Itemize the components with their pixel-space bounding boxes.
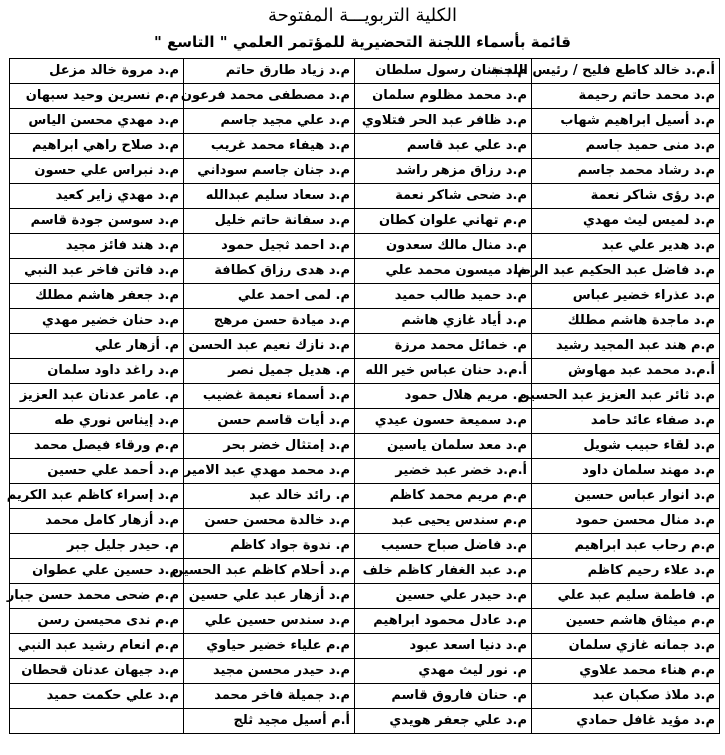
table-row: م.د مهند سلمان داودأ.م.د خضر عبد خضيرم.د… — [10, 459, 720, 484]
member-name-cell: م.م ضحى محمد حسن جبار — [10, 584, 184, 609]
member-name-cell: م.د علاء رحيم كاظم — [532, 559, 720, 584]
member-name-cell: م.د سعاد سليم عبدالله — [184, 184, 355, 209]
document-page: { "document": { "title": "الكلية التربوي… — [0, 0, 725, 755]
member-name-cell: م.د محمد مهدي عبد الامير — [184, 459, 355, 484]
member-name-cell: م.د مؤيد غافل حمادي — [532, 709, 720, 734]
member-name-cell: م.د محمد حاتم رحيمة — [532, 84, 720, 109]
member-name-cell: م.د هند فائز مجيد — [10, 234, 184, 259]
member-name-cell: م. لمى احمد علي — [184, 284, 355, 309]
member-name-cell: م.د زياد طارق حاتم — [184, 59, 355, 84]
table-row: م.د صفاء عائد حامدم.د سميعة حسون عيديم.د… — [10, 409, 720, 434]
member-name-cell: م.م سندس يحيى عبد — [355, 509, 532, 534]
member-name-cell: م. نور ليث مهدي — [355, 659, 532, 684]
member-name-cell: م.د هدير علي عبد — [532, 234, 720, 259]
table-row: م.م ميثاق هاشم حسينم.د عادل محمود ابراهي… — [10, 609, 720, 634]
table-row: م.م هناء محمد علاويم. نور ليث مهديم.د حي… — [10, 659, 720, 684]
member-name-cell: م.د عادل محمود ابراهيم — [355, 609, 532, 634]
member-name-cell: م.د مهدي محسن الياس — [10, 109, 184, 134]
member-name-cell: م. أزهار علي — [10, 334, 184, 359]
member-name-cell: م.د معد سلمان ياسين — [355, 434, 532, 459]
member-name-cell: م.د ضحى شاكر نعمة — [355, 184, 532, 209]
member-name-cell: م.م ميثاق هاشم حسين — [532, 609, 720, 634]
table-row: م.د ثائر عبد العزيز عبد الحسينم. مريم هل… — [10, 384, 720, 409]
member-name-cell: م.د مهدي زاير كعيد — [10, 184, 184, 209]
member-name-cell: م.د جعفر هاشم مطلك — [10, 284, 184, 309]
member-name-cell: م.د علي جعفر هويدي — [355, 709, 532, 734]
member-name-cell: م.د خالدة محسن حسن — [184, 509, 355, 534]
table-row: م.د فاضل عبد الحكيم عبد الرضام.د ميسون م… — [10, 259, 720, 284]
member-name-cell: م.د أزهار كامل محمد — [10, 509, 184, 534]
table-row: م.د انوار عباس حسينم.م مريم محمد كاظمم. … — [10, 484, 720, 509]
member-name-cell: م.د حيدر محسن مجيد — [184, 659, 355, 684]
college-title: الكلية التربويـــة المفتوحة — [0, 0, 725, 27]
member-name-cell: م.د أحلام كاظم عبد الحسين — [184, 559, 355, 584]
member-name-cell: م.د ميادة حسن مرهج — [184, 309, 355, 334]
member-name-cell: م.د فاتن فاخر عبد النبي — [10, 259, 184, 284]
member-name-cell: م.د راغد داود سلمان — [10, 359, 184, 384]
member-name-cell: م.د حسين علي عطوان — [10, 559, 184, 584]
member-name-cell: م. ندوة جواد كاظم — [184, 534, 355, 559]
member-name-cell: م.د سوسن جودة قاسم — [10, 209, 184, 234]
member-name-cell: م. حيدر جليل جبر — [10, 534, 184, 559]
member-name-cell: م.د فاضل عبد الحكيم عبد الرضا — [532, 259, 720, 284]
member-name-cell: م.د عذراء خضير عباس — [532, 284, 720, 309]
member-name-cell: م.د ملاذ صكبان عبد — [532, 684, 720, 709]
member-name-cell: م.م مريم محمد كاظم — [355, 484, 532, 509]
table-row: م.د رشاد محمد جاسمم.د رزاق مزهر راشدم.د … — [10, 159, 720, 184]
table-row: م.د منى حميد جاسمم.د علي عبد قاسمم.د هيف… — [10, 134, 720, 159]
member-name-cell: م.د أحمد علي حسين — [10, 459, 184, 484]
member-name-cell: م.د أسماء نعيمة غضيب — [184, 384, 355, 409]
member-name-cell: م.د احمد ثجيل حمود — [184, 234, 355, 259]
table-row: م.د علاء رحيم كاظمم.د عبد الغفار كاظم خل… — [10, 559, 720, 584]
member-name-cell: م.د رشاد محمد جاسم — [532, 159, 720, 184]
member-name-cell: م.د جميلة فاخر محمد — [184, 684, 355, 709]
table-row: م.د أسيل ابراهيم شهابم.د ظافر عبد الحر ف… — [10, 109, 720, 134]
document-header: الكلية التربويـــة المفتوحة قائمة بأسماء… — [0, 0, 725, 52]
member-name-cell: م.د منال مالك سعدون — [355, 234, 532, 259]
member-name-cell: م.د نبراس علي حسون — [10, 159, 184, 184]
member-name-cell: م.د مصطفى محمد فرعون — [184, 84, 355, 109]
member-name-cell: م.د منى حميد جاسم — [532, 134, 720, 159]
empty-cell — [10, 709, 184, 734]
member-name-cell: م.د أسيل ابراهيم شهاب — [532, 109, 720, 134]
member-name-cell: م.د جنان جاسم سوداني — [184, 159, 355, 184]
member-name-cell: م. فاطمة سليم عبد علي — [532, 584, 720, 609]
member-name-cell: م.د إسراء كاظم عبد الكريم — [10, 484, 184, 509]
member-name-cell: أ.م.د حنان عباس خير الله — [355, 359, 532, 384]
table-row: م.د ملاذ صكبان عبدم. حنان فاروق قاسمم.د … — [10, 684, 720, 709]
member-name-cell: م.د عبد الغفار كاظم خلف — [355, 559, 532, 584]
member-name-cell: م.م ندى محيسن رسن — [10, 609, 184, 634]
member-name-cell: م.د علي حكمت حميد — [10, 684, 184, 709]
member-name-cell: م. خمائل محمد مرزة — [355, 334, 532, 359]
member-name-cell: م.د نازك نعيم عبد الحسن — [184, 334, 355, 359]
member-name-cell: م.د لميس ليث مهدي — [532, 209, 720, 234]
table-row: م.د جمانه غازي سلمانم.د دنيا اسعد عبودم.… — [10, 634, 720, 659]
member-name-cell: م.د أزهار عبد علي حسين — [184, 584, 355, 609]
committee-list-subtitle: قائمة بأسماء اللجنة التحضيرية للمؤتمر ال… — [0, 27, 725, 52]
table-row: م.د مؤيد غافل حماديم.د علي جعفر هويديأ.م… — [10, 709, 720, 734]
member-name-cell: م.د دنيا اسعد عبود — [355, 634, 532, 659]
member-name-cell: م.م هناء محمد علاوي — [532, 659, 720, 684]
member-name-cell: م.د إمتثال خضر بحر — [184, 434, 355, 459]
member-name-cell: م. هديل جميل نصر — [184, 359, 355, 384]
table-row: م.د لميس ليث مهديم.م تهاني علوان كطانم.د… — [10, 209, 720, 234]
member-name-cell: م.د رزاق مزهر راشد — [355, 159, 532, 184]
member-name-cell: م.د جنان رسول سلطان — [355, 59, 532, 84]
member-name-cell: م.د انوار عباس حسين — [532, 484, 720, 509]
member-name-cell: م.م رحاب عبد ابراهيم — [532, 534, 720, 559]
member-name-cell: م.د حنان خضير مهدي — [10, 309, 184, 334]
member-name-cell: م.د أياد غازي هاشم — [355, 309, 532, 334]
committee-members-table: أ.م.د خالد كاطع فليح / رئيس اللجنةم.د جن… — [9, 58, 720, 734]
table-row: م.د لقاء حبيب شويلم.د معد سلمان ياسينم.د… — [10, 434, 720, 459]
table-row: أ.م.د محمد عبد مهاوشأ.م.د حنان عباس خير … — [10, 359, 720, 384]
table-row: م.د هدير علي عبدم.د منال مالك سعدونم.د ا… — [10, 234, 720, 259]
member-name-cell: م.د سفانة حاتم خليل — [184, 209, 355, 234]
member-name-cell: م.م ورقاء فيصل محمد — [10, 434, 184, 459]
member-name-cell: م. رائد خالد عبد — [184, 484, 355, 509]
member-name-cell: م.د ميسون محمد علي — [355, 259, 532, 284]
member-name-cell: م.د علي مجيد جاسم — [184, 109, 355, 134]
member-name-cell: م.د ماجدة هاشم مطلك — [532, 309, 720, 334]
member-name-cell: م.د علي عبد قاسم — [355, 134, 532, 159]
member-name-cell: م.م علياء خضير حياوي — [184, 634, 355, 659]
member-name-cell: م.د مروة خالد مزعل — [10, 59, 184, 84]
member-name-cell: م.د جمانه غازي سلمان — [532, 634, 720, 659]
member-name-cell: م.د صفاء عائد حامد — [532, 409, 720, 434]
table-row: م.د عذراء خضير عباسم.د حميد طالب حميدم. … — [10, 284, 720, 309]
table-row: م. فاطمة سليم عبد عليم.د حيدر علي حسينم.… — [10, 584, 720, 609]
member-name-cell: م.د لقاء حبيب شويل — [532, 434, 720, 459]
member-name-cell: م.م انعام رشيد عبد النبي — [10, 634, 184, 659]
member-name-cell: م.د جيهان عدنان قحطان — [10, 659, 184, 684]
member-name-cell: م.م هند عبد المجيد رشيد — [532, 334, 720, 359]
member-name-cell: م.م نسرين وحيد سبهان — [10, 84, 184, 109]
member-name-cell: م.د حميد طالب حميد — [355, 284, 532, 309]
member-name-cell: م.د منال محسن حمود — [532, 509, 720, 534]
member-name-cell: م.د هدى رزاق كطافة — [184, 259, 355, 284]
committee-table-body: أ.م.د خالد كاطع فليح / رئيس اللجنةم.د جن… — [10, 59, 720, 734]
member-name-cell: م. عامر عدنان عبد العزيز — [10, 384, 184, 409]
member-name-cell: م. مريم هلال حمود — [355, 384, 532, 409]
member-name-cell: أ.م أسيل مجيد ثلج — [184, 709, 355, 734]
table-row: أ.م.د خالد كاطع فليح / رئيس اللجنةم.د جن… — [10, 59, 720, 84]
member-name-cell: أ.م.د خالد كاطع فليح / رئيس اللجنة — [532, 59, 720, 84]
table-row: م.م هند عبد المجيد رشيدم. خمائل محمد مرز… — [10, 334, 720, 359]
member-name-cell: أ.م.د خضر عبد خضير — [355, 459, 532, 484]
table-row: م.م رحاب عبد ابراهيمم.د فاضل صباح حسيبم.… — [10, 534, 720, 559]
member-name-cell: م.د مهند سلمان داود — [532, 459, 720, 484]
member-name-cell: م.د سندس حسين علي — [184, 609, 355, 634]
member-name-cell: م.د فاضل صباح حسيب — [355, 534, 532, 559]
member-name-cell: م.د سميعة حسون عيدي — [355, 409, 532, 434]
table-row: م.د منال محسن حمودم.م سندس يحيى عبدم.د خ… — [10, 509, 720, 534]
member-name-cell: م.د أيات قاسم حسن — [184, 409, 355, 434]
member-name-cell: م.د حيدر علي حسين — [355, 584, 532, 609]
table-row: م.د محمد حاتم رحيمةم.د محمد مظلوم سلمانم… — [10, 84, 720, 109]
member-name-cell: م.د ظافر عبد الحر فتلاوي — [355, 109, 532, 134]
member-name-cell: م.د محمد مظلوم سلمان — [355, 84, 532, 109]
table-row: م.د رؤى شاكر نعمةم.د ضحى شاكر نعمةم.د سع… — [10, 184, 720, 209]
member-name-cell: م.د صلاح راهي ابراهيم — [10, 134, 184, 159]
member-name-cell: م. حنان فاروق قاسم — [355, 684, 532, 709]
member-name-cell: م.د إيناس نوري طه — [10, 409, 184, 434]
table-row: م.د ماجدة هاشم مطلكم.د أياد غازي هاشمم.د… — [10, 309, 720, 334]
member-name-cell: أ.م.د محمد عبد مهاوش — [532, 359, 720, 384]
member-name-cell: م.د هيفاء محمد غريب — [184, 134, 355, 159]
member-name-cell: م.د رؤى شاكر نعمة — [532, 184, 720, 209]
member-name-cell: م.م تهاني علوان كطان — [355, 209, 532, 234]
member-name-cell: م.د ثائر عبد العزيز عبد الحسين — [532, 384, 720, 409]
